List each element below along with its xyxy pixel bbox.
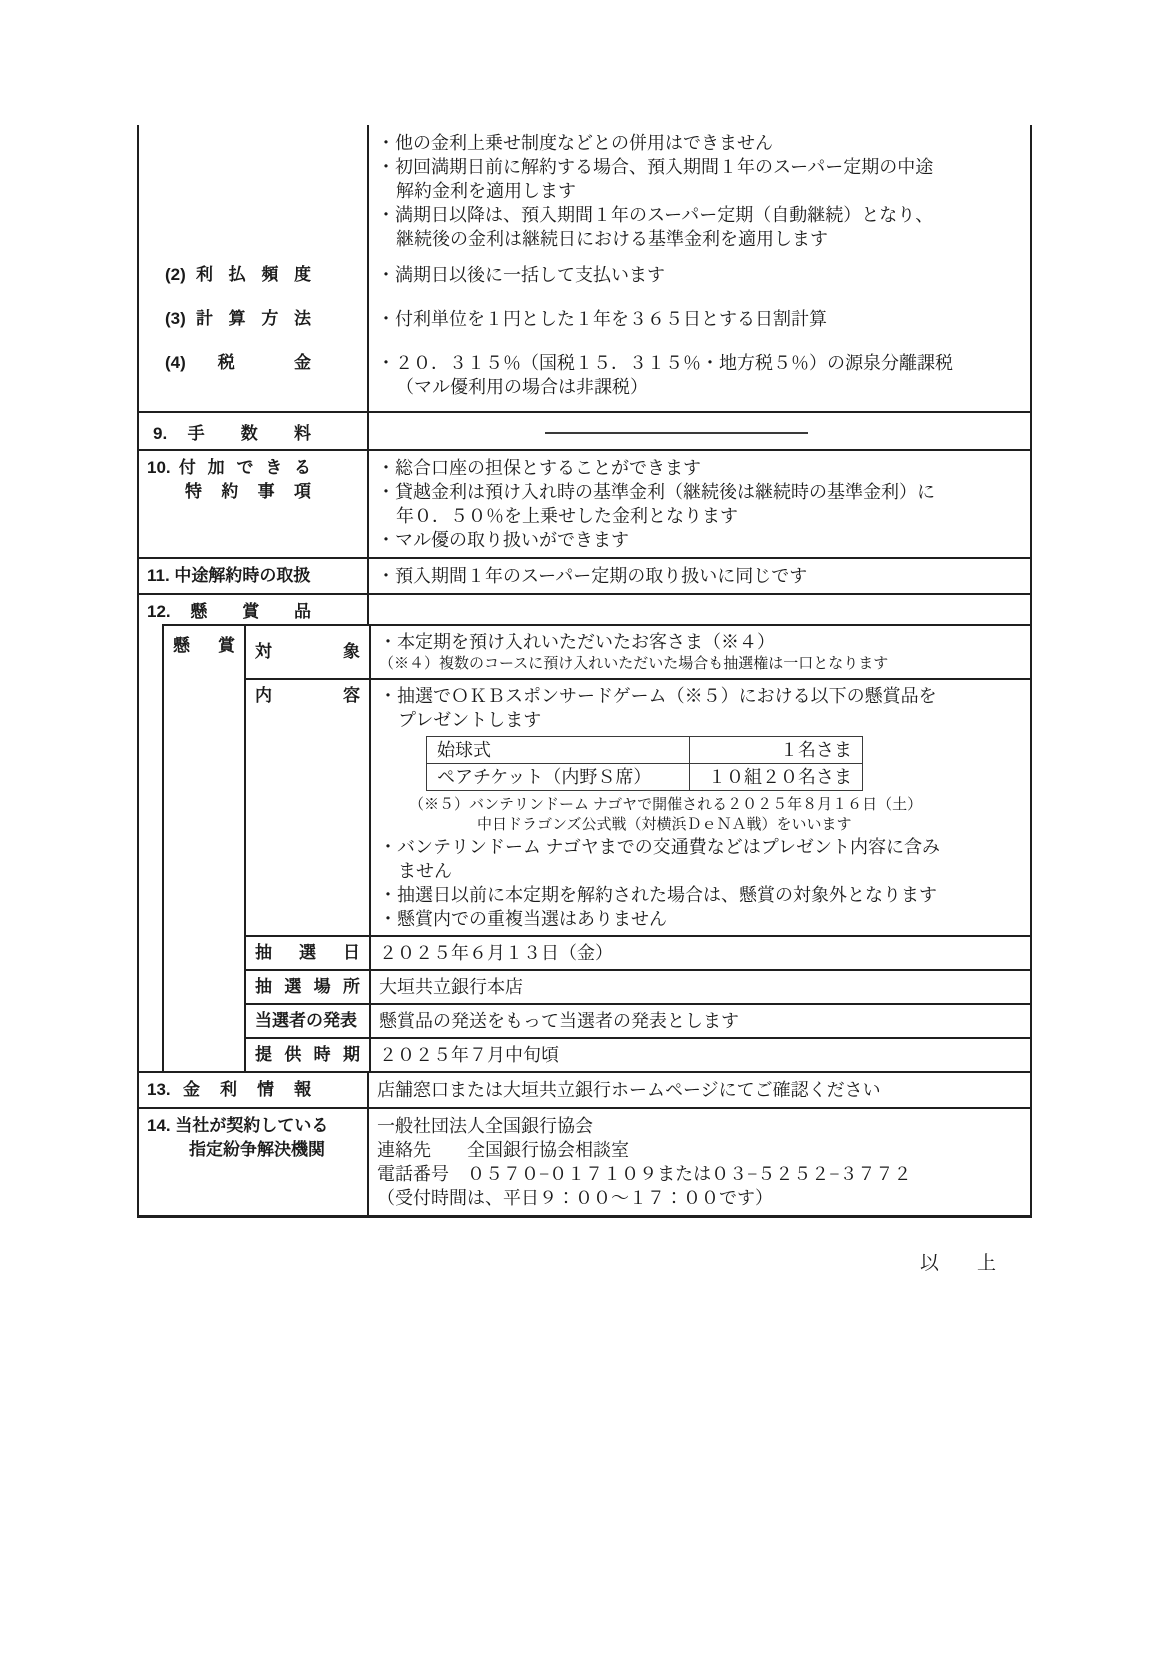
early-termination-label: 11. 中途解約時の取扱 <box>139 564 367 588</box>
prize-target-label: 対 象 <box>246 640 369 664</box>
tax-label: (4) 税 金 <box>139 351 367 375</box>
rate-info-row: 13. 金 利 情 報 店舗窓口または大垣共立銀行ホームページにてご確認ください <box>139 1071 1030 1107</box>
delivery-time-label: 提 供 時 期 <box>246 1043 369 1067</box>
prize-header-label-cell: 12. 懸 賞 品 <box>139 595 369 624</box>
prize-item-row: 始球式 １名さま <box>427 737 862 763</box>
interest-terms-content: ・他の金利上乗せ制度などとの併用はできません ・初回満期日前に解約する場合、預入… <box>369 125 1030 411</box>
prize-header-label: 12. 懸 賞 品 <box>139 600 367 624</box>
fee-label: 9. 手 数 料 <box>139 422 367 446</box>
interest-intro-block: ・他の金利上乗せ制度などとの併用はできません ・初回満期日前に解約する場合、預入… <box>377 131 1022 251</box>
intro-bullet: ・満期日以降は、預入期間１年のスーパー定期（自動継続）となり、 継続後の金利は継… <box>377 203 1022 251</box>
prize-details-note-line2: 中日ドラゴンズ公式戦（対横浜ＤｅＮＡ戦）をいいます <box>477 815 1022 835</box>
prize-details-note-line1: （※５）バンテリンドーム ナゴヤで開催される２０２５年８月１６日（土） <box>409 795 1022 815</box>
special-terms-content: ・総合口座の担保とすることができます ・貸越金利は預け入れ時の基準金利（継続後は… <box>369 451 1030 557</box>
rate-info-label-cell: 13. 金 利 情 報 <box>139 1073 369 1107</box>
em-dash-line <box>545 432 808 434</box>
early-termination-label-cell: 11. 中途解約時の取扱 <box>139 559 369 593</box>
early-termination-row: 11. 中途解約時の取扱 ・預入期間１年のスーパー定期の取り扱いに同じです <box>139 557 1030 593</box>
dispute-resolution-label-line2: 指定紛争解決機関 <box>139 1138 367 1162</box>
prize-details-bullet: ・抽選日以前に本定期を解約された場合は、懸賞の対象外となります <box>379 883 1022 907</box>
lottery-date-value: ２０２５年６月１３日（金） <box>379 941 1022 965</box>
winner-announcement-row: 当選者の発表 懸賞品の発送をもって当選者の発表とします <box>246 1003 1030 1037</box>
rate-info-value: 店舗窓口または大垣共立銀行ホームページにてご確認ください <box>377 1078 1022 1102</box>
prize-item-name: ペアチケット（内野Ｓ席） <box>427 764 690 790</box>
special-terms-bullet: ・マル優の取り扱いができます <box>377 528 1022 552</box>
calculation-method-content: ・付利単位を１円とした１年を３６５日とする日割計算 <box>377 307 1022 331</box>
closing-text: 以 上 <box>920 1248 996 1275</box>
rate-info-label: 13. 金 利 情 報 <box>139 1078 367 1102</box>
prize-target-label-cell: 対 象 <box>246 626 371 678</box>
prize-items-table: 始球式 １名さま ペアチケット（内野Ｓ席） １０組２０名さま <box>426 736 863 791</box>
tax-content: ・２０．３１５％（国税１５．３１５％・地方税５％）の源泉分離課税 （マル優利用の… <box>377 351 1022 399</box>
dispute-resolution-label-line1: 14. 当社が契約している <box>139 1114 367 1138</box>
prize-header-content-empty <box>369 595 1030 624</box>
delivery-time-row: 提 供 時 期 ２０２５年７月中旬頃 <box>246 1037 1030 1071</box>
winner-announcement-content: 懸賞品の発送をもって当選者の発表とします <box>371 1005 1030 1037</box>
rate-info-content: 店舗窓口または大垣共立銀行ホームページにてご確認ください <box>369 1073 1030 1107</box>
fee-row: 9. 手 数 料 <box>139 411 1030 449</box>
early-termination-bullet: ・預入期間１年のスーパー定期の取り扱いに同じです <box>377 564 1022 588</box>
prize-subtable: 懸 賞 対 象 ・本定期を預け入れいただいたお客さま（※４） （※４）複数のコー… <box>162 624 1030 1071</box>
prize-group-label: 懸 賞 <box>164 634 244 658</box>
dispute-resolution-line: 連絡先 全国銀行協会相談室 <box>377 1138 1022 1162</box>
delivery-time-content: ２０２５年７月中旬頃 <box>371 1039 1030 1071</box>
intro-bullet: ・初回満期日前に解約する場合、預入期間１年のスーパー定期の中途 解約金利を適用し… <box>377 155 1022 203</box>
prize-target-row: 対 象 ・本定期を預け入れいただいたお客さま（※４） （※４）複数のコースに預け… <box>246 626 1030 678</box>
special-terms-row: 10. 付 加 で き る 特 約 事 項 ・総合口座の担保とすることができます… <box>139 449 1030 557</box>
prize-item-name: 始球式 <box>427 737 690 763</box>
prize-group-cell: 懸 賞 <box>164 626 246 1071</box>
prize-target-content: ・本定期を預け入れいただいたお客さま（※４） （※４）複数のコースに預け入れいた… <box>371 626 1030 678</box>
fee-content <box>369 413 1030 449</box>
prize-details-row: 内 容 ・抽選でＯＫＢスポンサードゲーム（※５）における以下の懸賞品を プレゼン… <box>246 678 1030 935</box>
lottery-place-value: 大垣共立銀行本店 <box>379 975 1022 999</box>
lottery-date-label: 抽 選 日 <box>246 941 369 965</box>
payment-frequency-content: ・満期日以後に一括して支払います <box>377 263 1022 287</box>
delivery-time-value: ２０２５年７月中旬頃 <box>379 1043 1022 1067</box>
lottery-date-row: 抽 選 日 ２０２５年６月１３日（金） <box>246 935 1030 969</box>
fee-label-cell: 9. 手 数 料 <box>139 413 369 449</box>
prize-details-bullet: ・バンテリンドーム ナゴヤまでの交通費などはプレゼント内容に含み ません <box>379 835 1022 883</box>
lottery-place-label: 抽 選 場 所 <box>246 975 369 999</box>
dispute-resolution-line: 一般社団法人全国銀行協会 <box>377 1114 1022 1138</box>
special-terms-bullet: ・貸越金利は預け入れ時の基準金利（継続後は継続時の基準金利）に 年０．５０％を上… <box>377 480 1022 528</box>
product-terms-table: (2) 利 払 頻 度 (3) 計 算 方 法 (4) 税 金 ・他の金利上乗せ… <box>137 125 1032 1218</box>
prize-details-content: ・抽選でＯＫＢスポンサードゲーム（※５）における以下の懸賞品を プレゼントします… <box>371 680 1030 935</box>
prize-target-note: （※４）複数のコースに預け入れいただいた場合も抽選権は一口となります <box>379 654 1022 674</box>
prize-item-row: ペアチケット（内野Ｓ席） １０組２０名さま <box>427 763 862 790</box>
winner-announcement-label: 当選者の発表 <box>246 1009 369 1033</box>
special-terms-label-line1: 10. 付 加 で き る <box>139 456 367 480</box>
calculation-method-label: (3) 計 算 方 法 <box>139 307 367 331</box>
dispute-resolution-row: 14. 当社が契約している 指定紛争解決機関 一般社団法人全国銀行協会 連絡先 … <box>139 1107 1030 1215</box>
dispute-resolution-content: 一般社団法人全国銀行協会 連絡先 全国銀行協会相談室 電話番号 ０５７０−０１７… <box>369 1109 1030 1215</box>
prize-target-bullet: ・本定期を預け入れいただいたお客さま（※４） <box>379 630 1022 654</box>
prize-details-intro: ・抽選でＯＫＢスポンサードゲーム（※５）における以下の懸賞品を プレゼントします <box>379 684 1022 732</box>
prize-item-quantity: １０組２０名さま <box>690 764 862 790</box>
lottery-place-label-cell: 抽 選 場 所 <box>246 971 371 1003</box>
prize-details-label: 内 容 <box>246 684 369 708</box>
lottery-date-label-cell: 抽 選 日 <box>246 937 371 969</box>
prize-subtable-rows: 対 象 ・本定期を預け入れいただいたお客さま（※４） （※４）複数のコースに預け… <box>246 626 1030 1071</box>
dispute-resolution-line: 電話番号 ０５７０−０１７１０９または０３−５２５２−３７７２ <box>377 1162 1022 1186</box>
dispute-resolution-label-cell: 14. 当社が契約している 指定紛争解決機関 <box>139 1109 369 1215</box>
special-terms-bullet: ・総合口座の担保とすることができます <box>377 456 1022 480</box>
dispute-resolution-line: （受付時間は、平日９：００〜１７：００です） <box>377 1186 1022 1210</box>
winner-announcement-label-cell: 当選者の発表 <box>246 1005 371 1037</box>
prize-header-row: 12. 懸 賞 品 <box>139 593 1030 624</box>
prize-details-label-cell: 内 容 <box>246 680 371 935</box>
delivery-time-label-cell: 提 供 時 期 <box>246 1039 371 1071</box>
payment-frequency-label: (2) 利 払 頻 度 <box>139 263 367 287</box>
special-terms-label-line2: 特 約 事 項 <box>139 480 367 504</box>
lottery-place-row: 抽 選 場 所 大垣共立銀行本店 <box>246 969 1030 1003</box>
special-terms-label-cell: 10. 付 加 で き る 特 約 事 項 <box>139 451 369 557</box>
prize-item-quantity: １名さま <box>690 737 862 763</box>
interest-terms-label-column: (2) 利 払 頻 度 (3) 計 算 方 法 (4) 税 金 <box>139 125 369 411</box>
lottery-date-content: ２０２５年６月１３日（金） <box>371 937 1030 969</box>
interest-terms-row: (2) 利 払 頻 度 (3) 計 算 方 法 (4) 税 金 ・他の金利上乗せ… <box>139 125 1030 411</box>
prize-details-bullet: ・懸賞内での重複当選はありません <box>379 907 1022 931</box>
document-page: (2) 利 払 頻 度 (3) 計 算 方 法 (4) 税 金 ・他の金利上乗せ… <box>0 0 1170 1653</box>
winner-announcement-value: 懸賞品の発送をもって当選者の発表とします <box>379 1009 1022 1033</box>
lottery-place-content: 大垣共立銀行本店 <box>371 971 1030 1003</box>
intro-bullet: ・他の金利上乗せ制度などとの併用はできません <box>377 131 1022 155</box>
early-termination-content: ・預入期間１年のスーパー定期の取り扱いに同じです <box>369 559 1030 593</box>
